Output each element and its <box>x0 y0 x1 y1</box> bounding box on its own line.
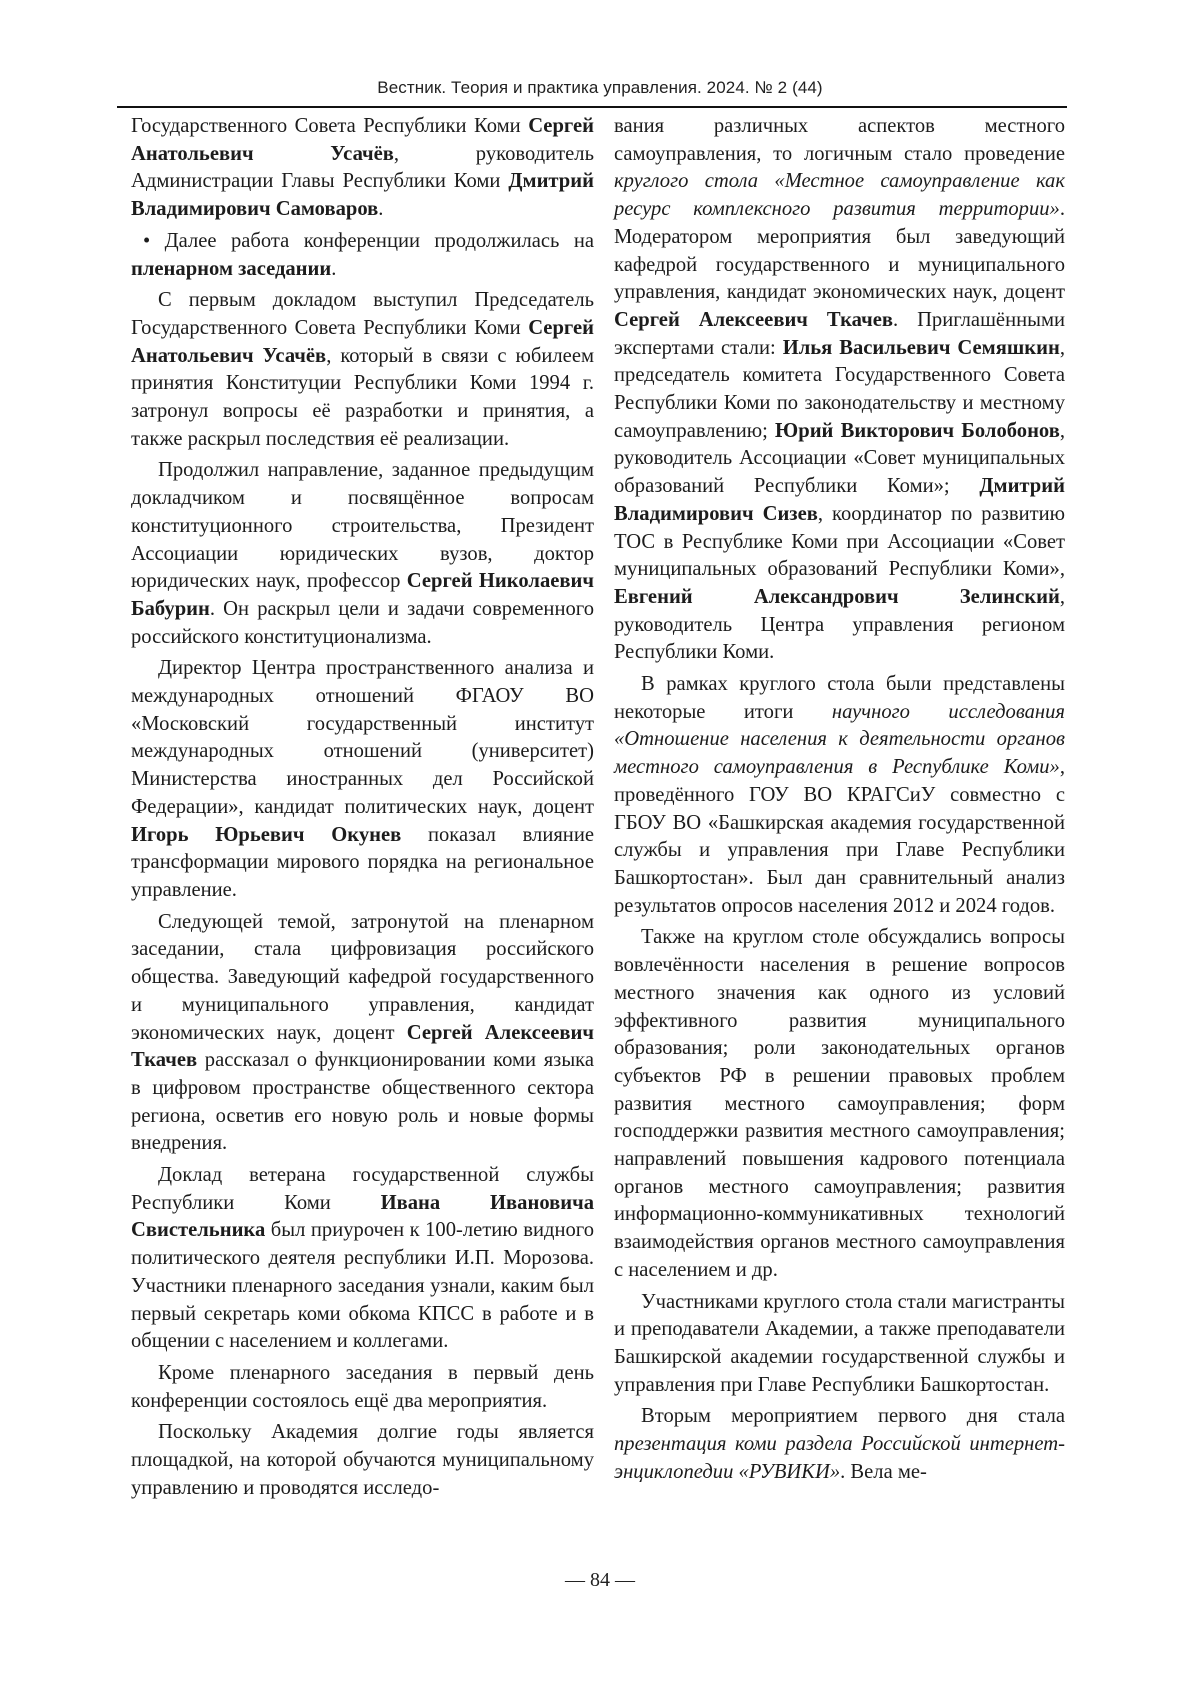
paragraph: Следующей темой, затронутой на пленарном… <box>131 909 594 1158</box>
text-run: Директор Центра пространственного анализ… <box>131 657 594 818</box>
person-name: Юрий Викторович Болобонов <box>775 420 1060 442</box>
paragraph: вания различных аспектов местного самоуп… <box>614 113 1065 667</box>
paragraph: Продолжил направление, заданное предыдущ… <box>131 457 594 651</box>
text-run: Поскольку Академия долгие годы является … <box>131 1421 594 1498</box>
text-run: • Далее работа конференции продолжилась … <box>143 230 594 252</box>
text-run: Государственного Совета Республики Коми <box>131 115 528 137</box>
text-run: . <box>331 258 336 280</box>
text-run: С первым докладом выступил Председатель … <box>131 289 594 339</box>
journal-page: Вестник. Теория и практика управления. 2… <box>0 0 1200 1698</box>
text-run: рассказал о функционировании коми языка … <box>131 1049 594 1154</box>
paragraph: Также на круглом столе обсуждались вопро… <box>614 924 1065 1284</box>
text-run: Также на круглом столе обсуждались вопро… <box>614 926 1065 1280</box>
person-name: Илья Васильевич Семяшкин <box>783 337 1060 359</box>
paragraph: В рамках круглого стола были представлен… <box>614 671 1065 920</box>
text-run: , проведённого ГОУ ВО КРАГСиУ совместно … <box>614 756 1065 917</box>
right-column: вания различных аспектов местного самоуп… <box>614 113 1065 1490</box>
person-name: Сергей Алексеевич Ткачев <box>614 309 893 331</box>
left-column: Государственного Совета Республики Коми … <box>131 113 594 1506</box>
bullet-paragraph: • Далее работа конференции продолжилась … <box>131 228 594 283</box>
text-run: Кроме пленарного заседания в первый день… <box>131 1362 594 1412</box>
paragraph: Участниками круглого стола стали магистр… <box>614 1289 1065 1400</box>
text-run: Вторым мероприятием первого дня стала <box>641 1405 1065 1427</box>
page-number: — 84 — <box>0 1569 1200 1592</box>
paragraph: С первым докладом выступил Председатель … <box>131 287 594 453</box>
paragraph: Государственного Совета Республики Коми … <box>131 113 594 224</box>
person-name: пленарном заседании <box>131 258 331 280</box>
person-name: Евгений Александрович Зелинский <box>614 586 1060 608</box>
paragraph: Доклад ветерана государственной службы Р… <box>131 1162 594 1356</box>
paragraph: Поскольку Академия долгие годы является … <box>131 1419 594 1502</box>
event-title: круглого стола «Местное самоуправление к… <box>614 170 1065 220</box>
text-run: . Вела ме- <box>840 1461 927 1483</box>
text-run: Участниками круглого стола стали магистр… <box>614 1291 1065 1396</box>
text-run: . <box>378 198 383 220</box>
paragraph: Вторым мероприятием первого дня стала пр… <box>614 1403 1065 1486</box>
paragraph: Директор Центра пространственного анализ… <box>131 655 594 904</box>
person-name: Игорь Юрьевич Окунев <box>131 824 401 846</box>
header-rule <box>117 106 1067 108</box>
paragraph: Кроме пленарного заседания в первый день… <box>131 1360 594 1415</box>
running-header: Вестник. Теория и практика управления. 2… <box>0 78 1200 98</box>
text-run: вания различных аспектов местного самоуп… <box>614 115 1065 165</box>
